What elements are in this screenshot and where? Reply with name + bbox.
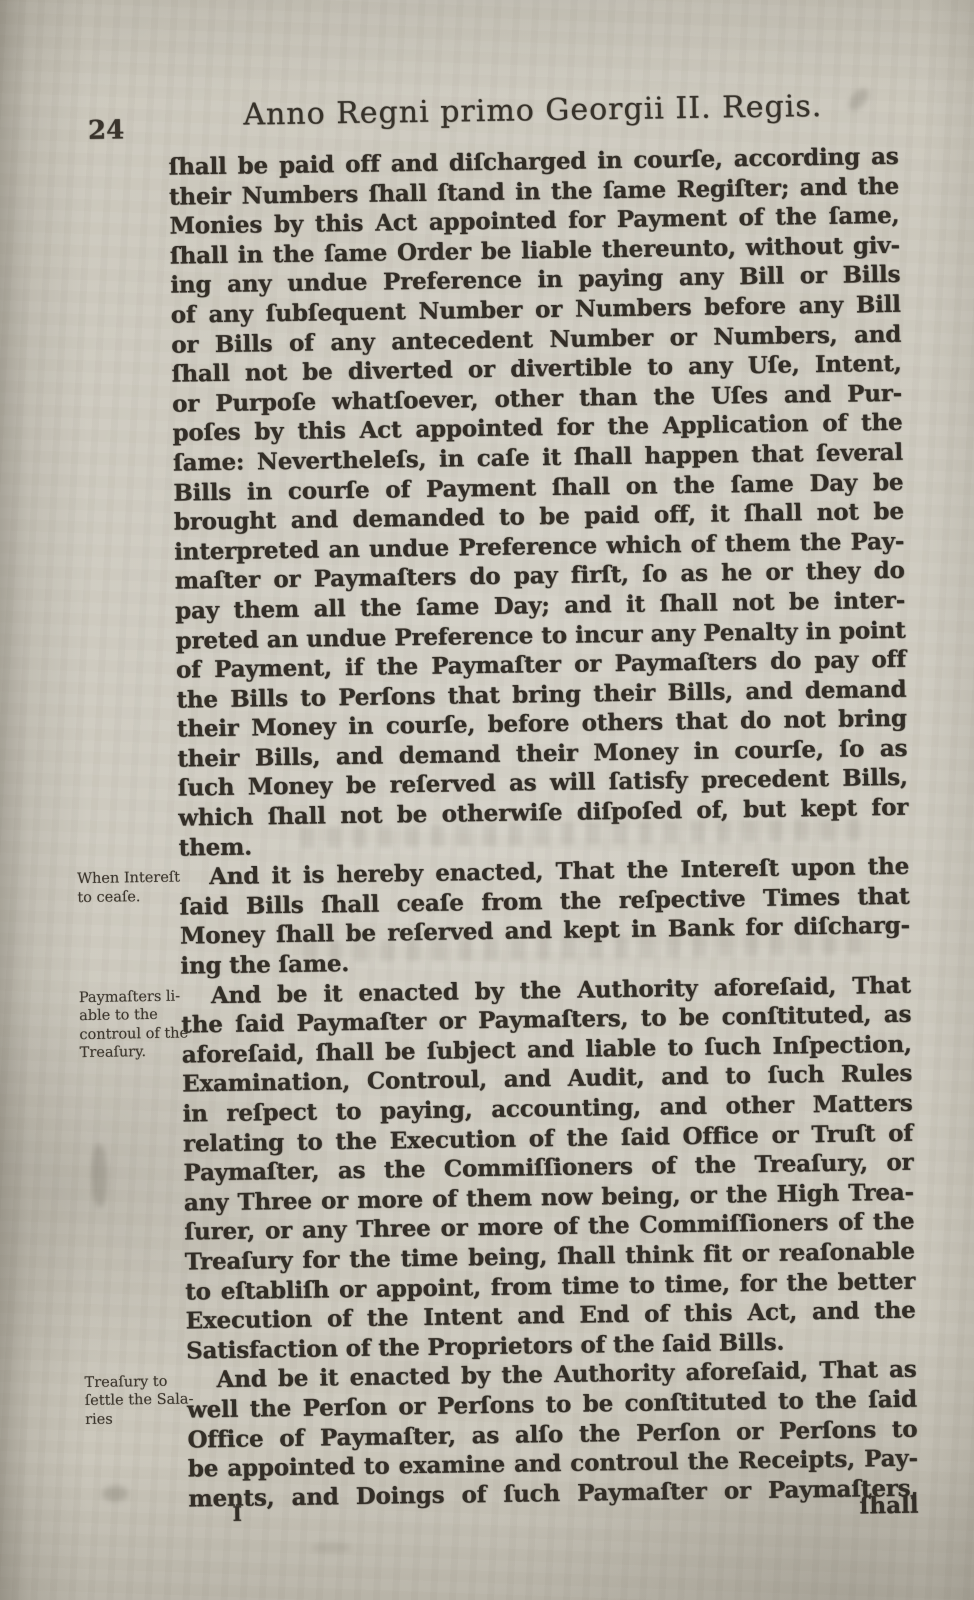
margin-note-line: When Intereſt [77,869,185,889]
margin-note: Treaſury toſettle the Sala-ries [84,1372,193,1429]
margin-note-line: to ceaſe. [77,887,185,907]
margin-note-line: ries [85,1409,193,1429]
margin-note-line: Treaſury. [80,1043,188,1063]
margin-note: When Intereſtto ceaſe. [77,869,186,908]
margin-note-line: Paymaſters li- [79,987,187,1007]
margin-note-line: controul of the [79,1024,187,1044]
ink-smudge [91,1144,108,1208]
page-number: 24 [88,115,125,146]
signature-mark: I [232,1502,242,1526]
margin-note-line: able to the [79,1006,187,1026]
scanned-page: 24 Anno Regni primo Georgii II. Regis. ſ… [0,0,974,1600]
catchword: ſhall [859,1492,918,1520]
margin-note: Paymaſters li-able to thecontroul of the… [79,987,188,1063]
margin-notes: When Intereſtto ceaſe.Paymaſters li-able… [0,0,962,7]
margin-note-line: ſettle the Sala- [85,1391,193,1411]
running-header: Anno Regni primo Georgii II. Regis. [168,88,898,134]
margin-note-line: Treaſury to [84,1372,192,1392]
ink-smudge [102,1485,128,1501]
page-sheet: 24 Anno Regni primo Georgii II. Regis. ſ… [0,0,974,1600]
ink-smudge [311,1542,351,1553]
